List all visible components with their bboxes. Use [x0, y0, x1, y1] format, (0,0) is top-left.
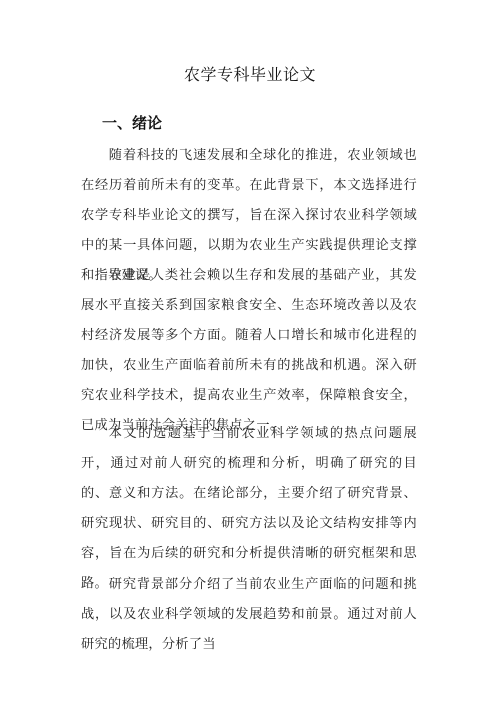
paragraph-4: 研究背景部分介绍了当前农业生产面临的问题和挑战，以及农业科学领域的发展趋势和前景…: [81, 570, 417, 660]
paragraph-2: 农业是人类社会赖以生存和发展的基础产业，其发展水平直接关系到国家粮食安全、生态环…: [81, 261, 417, 441]
section-heading: 一、绪论: [102, 112, 162, 133]
document-title: 农学专科毕业论文: [0, 62, 500, 85]
document-page: 农学专科毕业论文 一、绪论 随着科技的飞速发展和全球化的推进，农业领域也在经历着…: [0, 0, 500, 707]
